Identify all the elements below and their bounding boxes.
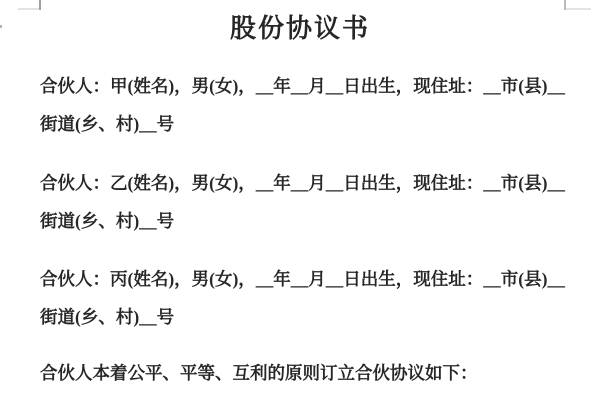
partner-paragraph-jia: 合伙人：甲(姓名)，男(女)，__年__月__日出生，现住址：__市(县)__ …: [40, 67, 572, 143]
closing-line: 合伙人本着公平、平等、互利的原则订立合伙协议如下：: [40, 354, 572, 392]
partner-address-line: 街道(乡、村)__号: [40, 105, 572, 143]
partner-address-line: 街道(乡、村)__号: [40, 202, 572, 240]
document-title: 股份协议书: [0, 12, 600, 46]
partner-info-line: 合伙人：丙(姓名)，男(女)，__年__月__日出生，现住址：__市(县)__: [40, 260, 572, 298]
partner-address-line: 街道(乡、村)__号: [40, 298, 572, 336]
crop-mark-top-right-horizontal: [566, 8, 591, 10]
document-page: 股份协议书 合伙人：甲(姓名)，男(女)，__年__月__日出生，现住址：__市…: [0, 0, 600, 400]
partner-info-line: 合伙人：乙(姓名)，男(女)，__年__月__日出生，现住址：__市(县)__: [40, 164, 572, 202]
partner-paragraph-yi: 合伙人：乙(姓名)，男(女)，__年__月__日出生，现住址：__市(县)__ …: [40, 164, 572, 240]
partner-info-line: 合伙人：甲(姓名)，男(女)，__年__月__日出生，现住址：__市(县)__: [40, 67, 572, 105]
crop-mark-top-left-horizontal: [18, 8, 40, 10]
partner-paragraph-bing: 合伙人：丙(姓名)，男(女)，__年__月__日出生，现住址：__市(县)__ …: [40, 260, 572, 336]
crop-mark-top-left-vertical: [39, 0, 41, 10]
closing-paragraph: 合伙人本着公平、平等、互利的原则订立合伙协议如下：: [40, 354, 572, 392]
